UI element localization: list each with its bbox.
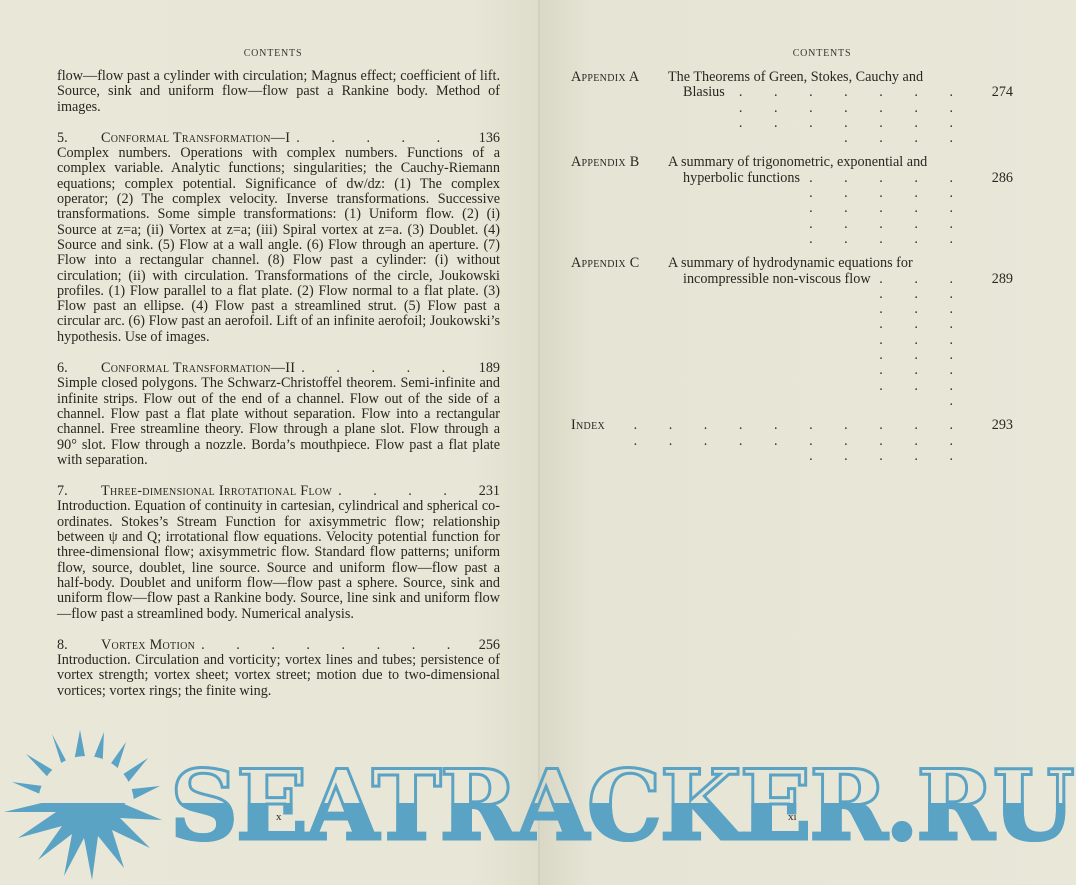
left-page: CONTENTS flow—flow past a cylinder with … bbox=[0, 0, 538, 885]
chapter-entry-8[interactable]: 8. Vortex Motion 256 Introduction. Circu… bbox=[57, 638, 500, 699]
dot-leader bbox=[611, 418, 967, 464]
chapter-page-number: 189 bbox=[460, 361, 500, 376]
appendix-page-number: 289 bbox=[973, 272, 1013, 287]
chapter-number: 7. bbox=[57, 484, 101, 499]
dot-leader bbox=[731, 85, 967, 146]
chapter-number: 8. bbox=[57, 638, 101, 653]
chapter-entry-5[interactable]: 5. Conformal Transformation—I 136 Comple… bbox=[57, 131, 500, 345]
dot-leader bbox=[338, 484, 454, 499]
appendix-title-line1: A summary of hydrodynamic equations for bbox=[668, 256, 1013, 271]
chapter-heading: 8. Vortex Motion 256 bbox=[57, 638, 500, 653]
appendix-title-line1: The Theorems of Green, Stokes, Cauchy an… bbox=[668, 70, 1013, 85]
appendix-title-line2: incompressible non-viscous flow bbox=[683, 272, 871, 287]
chapter-title: Conformal Transformation—I bbox=[101, 131, 290, 146]
appendix-entry-c[interactable]: Appendix C A summary of hydrodynamic equ… bbox=[571, 256, 1013, 409]
chapter-title: Three-dimensional Irrotational Flow bbox=[101, 484, 332, 499]
index-label: Index bbox=[571, 418, 605, 433]
chapter-summary: Simple closed polygons. The Schwarz-Chri… bbox=[57, 376, 500, 468]
dot-leader bbox=[296, 131, 454, 146]
chapter-page-number: 256 bbox=[460, 638, 500, 653]
appendix-title-line2: hyperbolic functions bbox=[683, 171, 800, 186]
chapter-entry-6[interactable]: 6. Conformal Transformation—II 189 Simpl… bbox=[57, 361, 500, 468]
appendix-label: Appendix A bbox=[571, 70, 668, 146]
chapter-title: Vortex Motion bbox=[101, 638, 195, 653]
chapter-title: Conformal Transformation—II bbox=[101, 361, 295, 376]
page-number-right: xi bbox=[788, 811, 797, 823]
dot-leader bbox=[301, 361, 454, 376]
appendix-page-number: 286 bbox=[973, 171, 1013, 186]
continuation-text: flow—flow past a cylinder with circulati… bbox=[57, 69, 500, 115]
index-entry[interactable]: Index 293 bbox=[571, 418, 1013, 464]
chapter-summary: Introduction. Equation of continuity in … bbox=[57, 499, 500, 621]
chapter-heading: 5. Conformal Transformation—I 136 bbox=[57, 131, 500, 146]
chapter-number: 6. bbox=[57, 361, 101, 376]
page-number-left: x bbox=[276, 811, 282, 823]
chapter-entry-7[interactable]: 7. Three-dimensional Irrotational Flow 2… bbox=[57, 484, 500, 622]
chapter-number: 5. bbox=[57, 131, 101, 146]
appendix-entry-a[interactable]: Appendix A The Theorems of Green, Stokes… bbox=[571, 70, 1013, 146]
appendix-title-line2: Blasius bbox=[683, 85, 725, 100]
chapter-heading: 6. Conformal Transformation—II 189 bbox=[57, 361, 500, 376]
right-page: CONTENTS Appendix A The Theorems of Gree… bbox=[538, 0, 1076, 885]
appendix-page-number: 274 bbox=[973, 85, 1013, 100]
book-spread: CONTENTS flow—flow past a cylinder with … bbox=[0, 0, 1076, 885]
book-gutter bbox=[538, 0, 540, 885]
left-contents-column: flow—flow past a cylinder with circulati… bbox=[57, 69, 500, 699]
appendix-label: Appendix C bbox=[571, 256, 668, 409]
chapter-summary: Complex numbers. Operations with complex… bbox=[57, 146, 500, 345]
dot-leader bbox=[806, 171, 967, 247]
chapter-heading: 7. Three-dimensional Irrotational Flow 2… bbox=[57, 484, 500, 499]
right-contents-column: Appendix A The Theorems of Green, Stokes… bbox=[571, 70, 1013, 464]
running-head-right: CONTENTS bbox=[538, 48, 1076, 59]
appendix-title-line1: A summary of trigonometric, exponential … bbox=[668, 155, 1013, 170]
running-head-left: CONTENTS bbox=[0, 48, 538, 59]
dot-leader bbox=[201, 638, 454, 653]
chapter-page-number: 136 bbox=[460, 131, 500, 146]
chapter-page-number: 231 bbox=[460, 484, 500, 499]
chapter-summary: Introduction. Circulation and vorticity;… bbox=[57, 653, 500, 699]
appendix-label: Appendix B bbox=[571, 155, 668, 247]
index-page-number: 293 bbox=[973, 418, 1013, 433]
dot-leader bbox=[877, 272, 967, 410]
appendix-entry-b[interactable]: Appendix B A summary of trigonometric, e… bbox=[571, 155, 1013, 247]
